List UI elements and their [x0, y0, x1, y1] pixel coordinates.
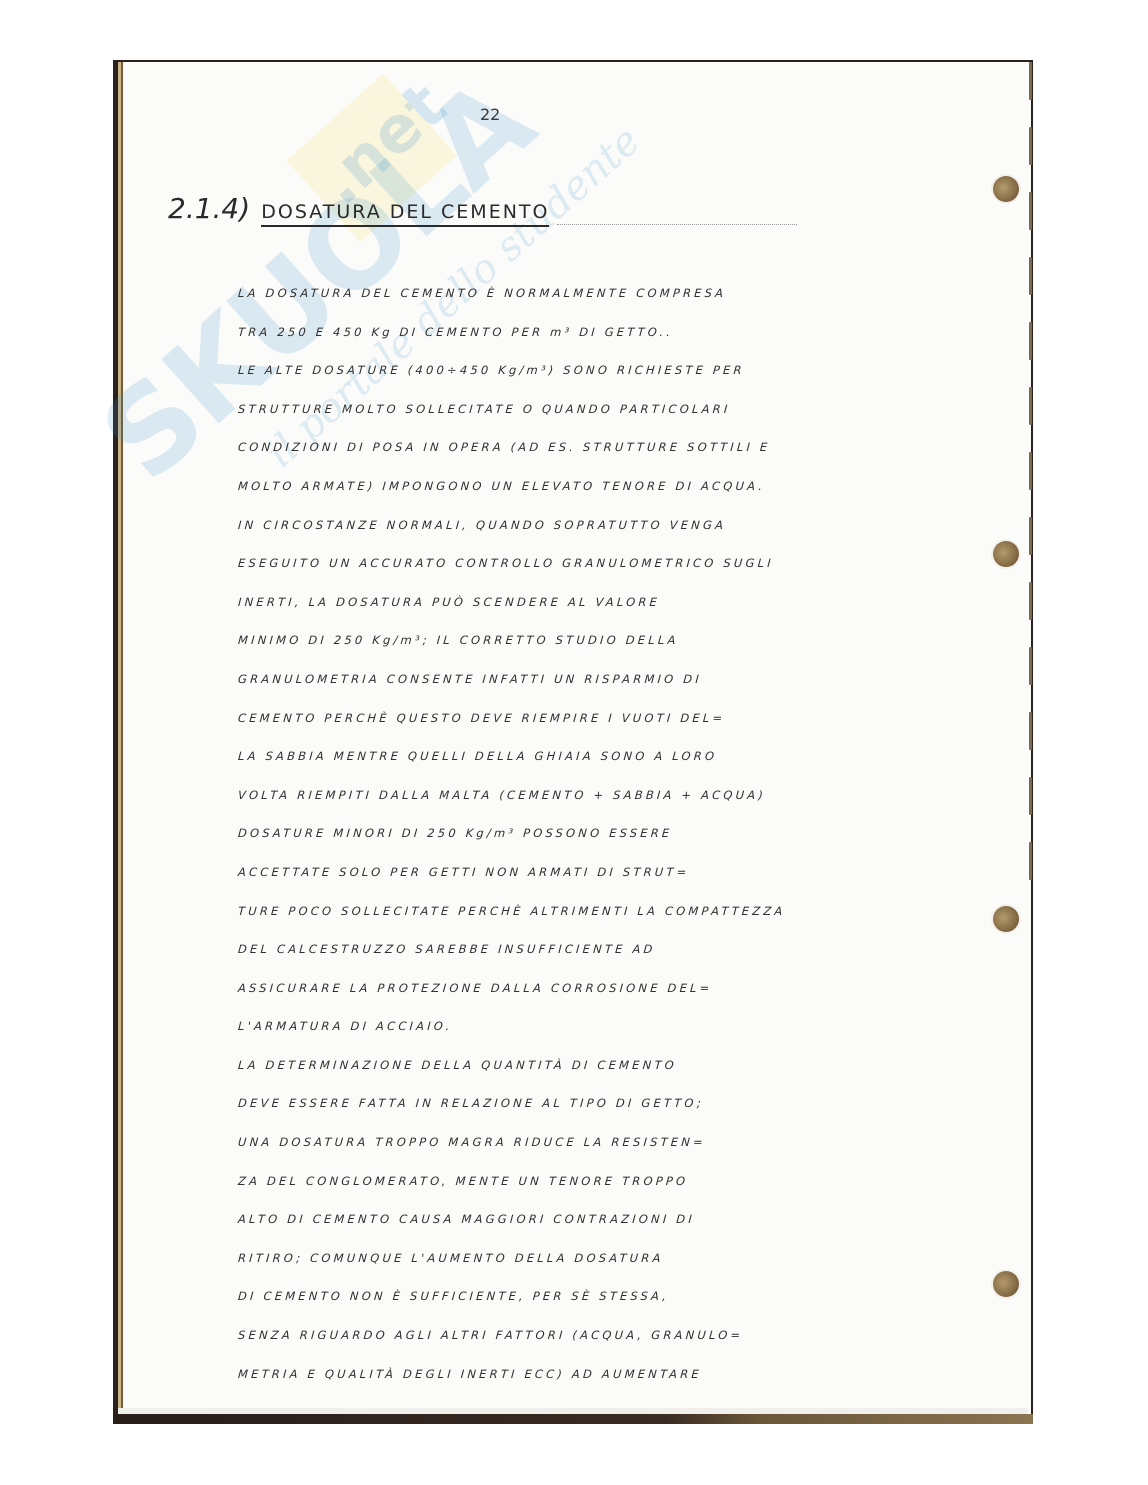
text-line: LA DOSATURA DEL CEMENTO È NORMALMENTE CO…: [237, 274, 840, 313]
text-line: TRA 250 E 450 Kg DI CEMENTO PER m³ DI GE…: [237, 313, 840, 352]
binder-hole: [993, 1271, 1019, 1297]
text-line: STRUTTURE MOLTO SOLLECITATE O QUANDO PAR…: [237, 390, 840, 429]
text-line: ZA DEL CONGLOMERATO, MENTE UN TENORE TRO…: [237, 1162, 840, 1201]
text-line: SENZA RIGUARDO AGLI ALTRI FATTORI (ACQUA…: [237, 1316, 840, 1355]
text-line: ASSICURARE LA PROTEZIONE DALLA CORROSION…: [237, 969, 840, 1008]
margin-tick: [1029, 647, 1032, 685]
margin-tick: [1029, 387, 1032, 425]
text-line: DOSATURE MINORI DI 250 Kg/m³ POSSONO ESS…: [237, 814, 840, 853]
text-line: TURE POCO SOLLECITATE PERCHÈ ALTRIMENTI …: [237, 892, 840, 931]
text-line: LA SABBIA MENTRE QUELLI DELLA GHIAIA SON…: [237, 737, 840, 776]
margin-tick: [1029, 62, 1032, 100]
margin-tick: [1029, 517, 1032, 555]
text-line: LA DETERMINAZIONE DELLA QUANTITÀ DI CEME…: [237, 1046, 840, 1085]
text-line: MOLTO ARMATE) IMPONGONO UN ELEVATO TENOR…: [237, 467, 840, 506]
page-bottom-edge: [113, 1414, 1033, 1424]
text-line: LE ALTE DOSATURE (400÷450 Kg/m³) SONO RI…: [237, 351, 840, 390]
text-line: CONDIZIONI DI POSA IN OPERA (AD ES. STRU…: [237, 428, 840, 467]
text-line: DEL CALCESTRUZZO SAREBBE INSUFFICIENTE A…: [237, 930, 840, 969]
text-line: MINIMO DI 250 Kg/m³; IL CORRETTO STUDIO …: [237, 621, 840, 660]
binder-hole: [993, 176, 1019, 202]
handwritten-body: LA DOSATURA DEL CEMENTO È NORMALMENTE CO…: [238, 274, 838, 1393]
margin-tick: [1029, 322, 1032, 360]
text-line: DEVE ESSERE FATTA IN RELAZIONE AL TIPO D…: [237, 1084, 840, 1123]
margin-tick: [1029, 257, 1032, 295]
heading-dotted-rule: [557, 224, 797, 225]
margin-tick: [1029, 452, 1032, 490]
text-line: GRANULOMETRIA CONSENTE INFATTI UN RISPAR…: [237, 660, 840, 699]
text-line: RITIRO; COMUNQUE L'AUMENTO DELLA DOSATUR…: [237, 1239, 840, 1278]
section-number: 2.1.4): [168, 192, 250, 225]
binder-hole: [993, 541, 1019, 567]
margin-tick: [1029, 127, 1032, 165]
page-number: 22: [480, 105, 500, 124]
binder-hole: [993, 906, 1019, 932]
section-heading: 2.1.4) DOSATURA DEL CEMENTO: [168, 192, 797, 225]
text-line: ACCETTATE SOLO PER GETTI NON ARMATI DI S…: [237, 853, 840, 892]
text-line: IN CIRCOSTANZE NORMALI, QUANDO SOPRATUTT…: [237, 506, 840, 545]
text-line: UNA DOSATURA TROPPO MAGRA RIDUCE LA RESI…: [237, 1123, 840, 1162]
text-line: ALTO DI CEMENTO CAUSA MAGGIORI CONTRAZIO…: [237, 1200, 840, 1239]
section-title: DOSATURA DEL CEMENTO: [261, 201, 549, 227]
margin-tick: [1029, 777, 1032, 815]
margin-tick: [1029, 582, 1032, 620]
text-line: VOLTA RIEMPITI DALLA MALTA (CEMENTO + SA…: [237, 776, 840, 815]
margin-tick: [1029, 842, 1032, 880]
text-line: ESEGUITO UN ACCURATO CONTROLLO GRANULOME…: [237, 544, 840, 583]
text-line: INERTI, LA DOSATURA PUÒ SCENDERE AL VALO…: [237, 583, 840, 622]
text-line: DI CEMENTO NON È SUFFICIENTE, PER SÈ STE…: [237, 1277, 840, 1316]
text-line: CEMENTO PERCHÈ QUESTO DEVE RIEMPIRE I VU…: [237, 699, 840, 738]
margin-tick: [1029, 712, 1032, 750]
text-line: METRIA E QUALITÀ DEGLI INERTI ECC) AD AU…: [237, 1355, 840, 1394]
text-line: L'ARMATURA DI ACCIAIO.: [237, 1007, 840, 1046]
margin-tick: [1029, 192, 1032, 230]
